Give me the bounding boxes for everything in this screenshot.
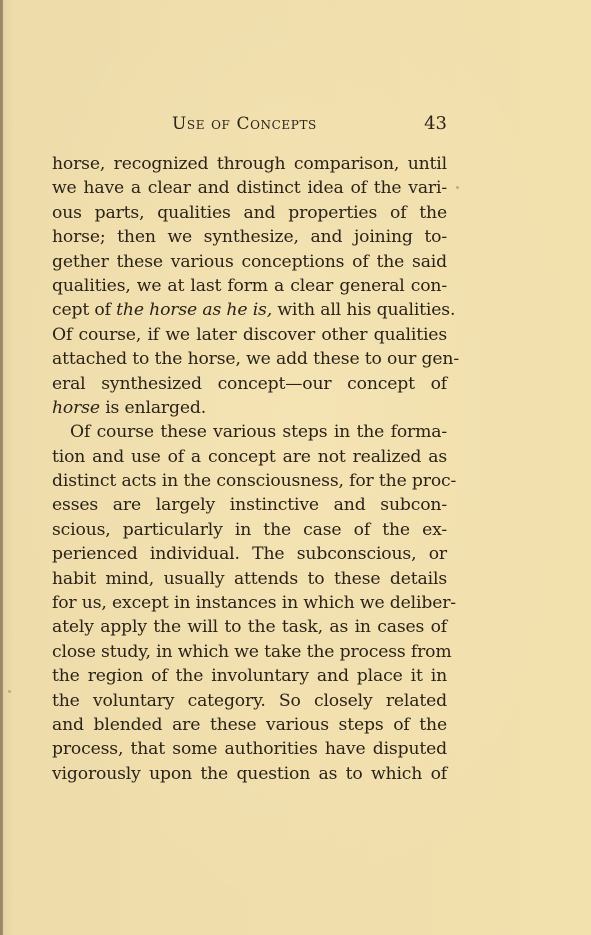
text-line: eral synthesized concept—our concept of [52,372,447,396]
text-line: perienced individual. The subconscious, … [52,542,447,566]
paper-speck [8,690,11,693]
text-line: horse; then we synthesize, and joining t… [52,225,447,249]
text-line: Of course these various steps in the for… [52,420,447,444]
text-line: and blended are these various steps of t… [52,713,447,737]
text-line: for us, except in instances in which we … [52,591,447,615]
text-line: process, that some authorities have disp… [52,737,447,761]
text-line: close study, in which we take the proces… [52,640,447,664]
text-line: scious, particularly in the case of the … [52,518,447,542]
text-line: horse is enlarged. [52,396,447,420]
body-text: horse, recognized through comparison, un… [52,152,447,786]
text-line: attached to the horse, we add these to o… [52,347,447,371]
page-spine-edge [0,0,3,935]
text-line: the voluntary category. So closely relat… [52,689,447,713]
running-head: Use of Concepts 43 [82,110,447,140]
italic-phrase: the horse as he is, [116,300,272,320]
paper-speck [456,186,459,189]
text-line: cept of the horse as he is, with all his… [52,298,447,322]
text-line: qualities, we at last form a clear gener… [52,274,447,298]
text-line: tion and use of a concept are not realiz… [52,445,447,469]
text-line: ous parts, qualities and properties of t… [52,201,447,225]
text-line: ately apply the will to the task, as in … [52,615,447,639]
text-line: gether these various conceptions of the … [52,250,447,274]
running-title: Use of Concepts [172,114,317,134]
text-line: Of course, if we later discover other qu… [52,323,447,347]
text-line: distinct acts in the consciousness, for … [52,469,447,493]
text-line: habit mind, usually attends to these det… [52,567,447,591]
text-line: we have a clear and distinct idea of the… [52,176,447,200]
italic-word: horse [52,398,100,418]
text-line: the region of the involuntary and place … [52,664,447,688]
text-line: esses are largely instinctive and subcon… [52,493,447,517]
text-line: horse, recognized through comparison, un… [52,152,447,176]
book-page: Use of Concepts 43 horse, recognized thr… [0,0,591,935]
page-number: 43 [424,113,447,134]
text-line: vigorously upon the question as to which… [52,762,447,786]
